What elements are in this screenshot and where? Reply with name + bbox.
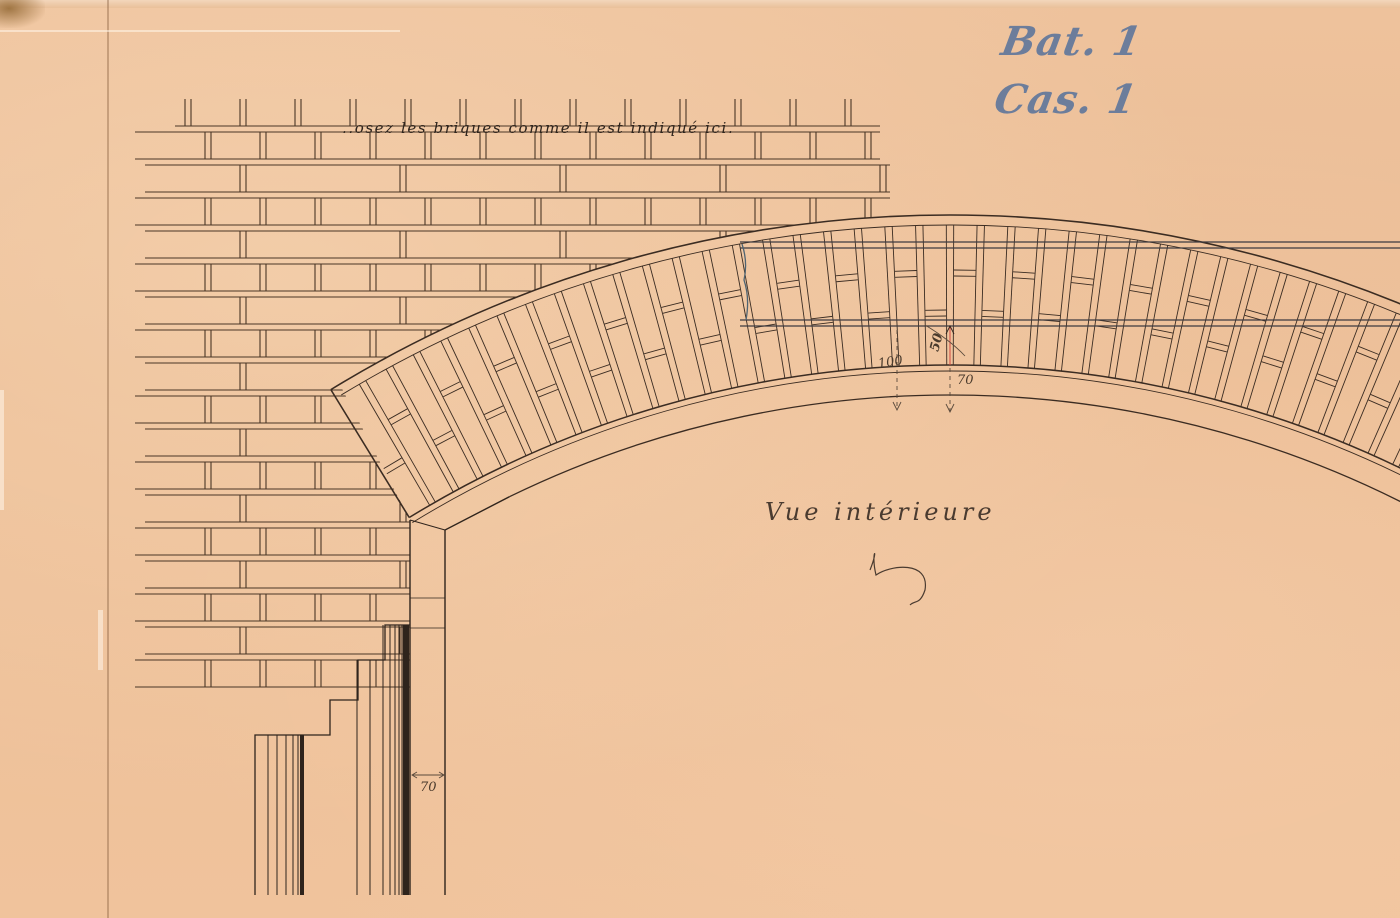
signature-stroke [870, 554, 925, 605]
stepped-pier [255, 625, 410, 895]
dimension-label-pier: 70 [420, 780, 437, 795]
view-title: Vue intérieure [765, 498, 996, 526]
drawing-canvas [0, 0, 1400, 918]
case-label: Cas. 1 [991, 76, 1141, 123]
brick-wall [135, 99, 890, 687]
building-label: Bat. 1 [998, 18, 1146, 65]
instruction-note: ..osez les briques comme il est indiqué … [342, 119, 734, 137]
dimension-label-70: 70 [957, 373, 974, 388]
drawing-sheet: Bat. 1 Cas. 1 ..osez les briques comme i… [0, 0, 1400, 918]
door-jamb [410, 497, 509, 895]
